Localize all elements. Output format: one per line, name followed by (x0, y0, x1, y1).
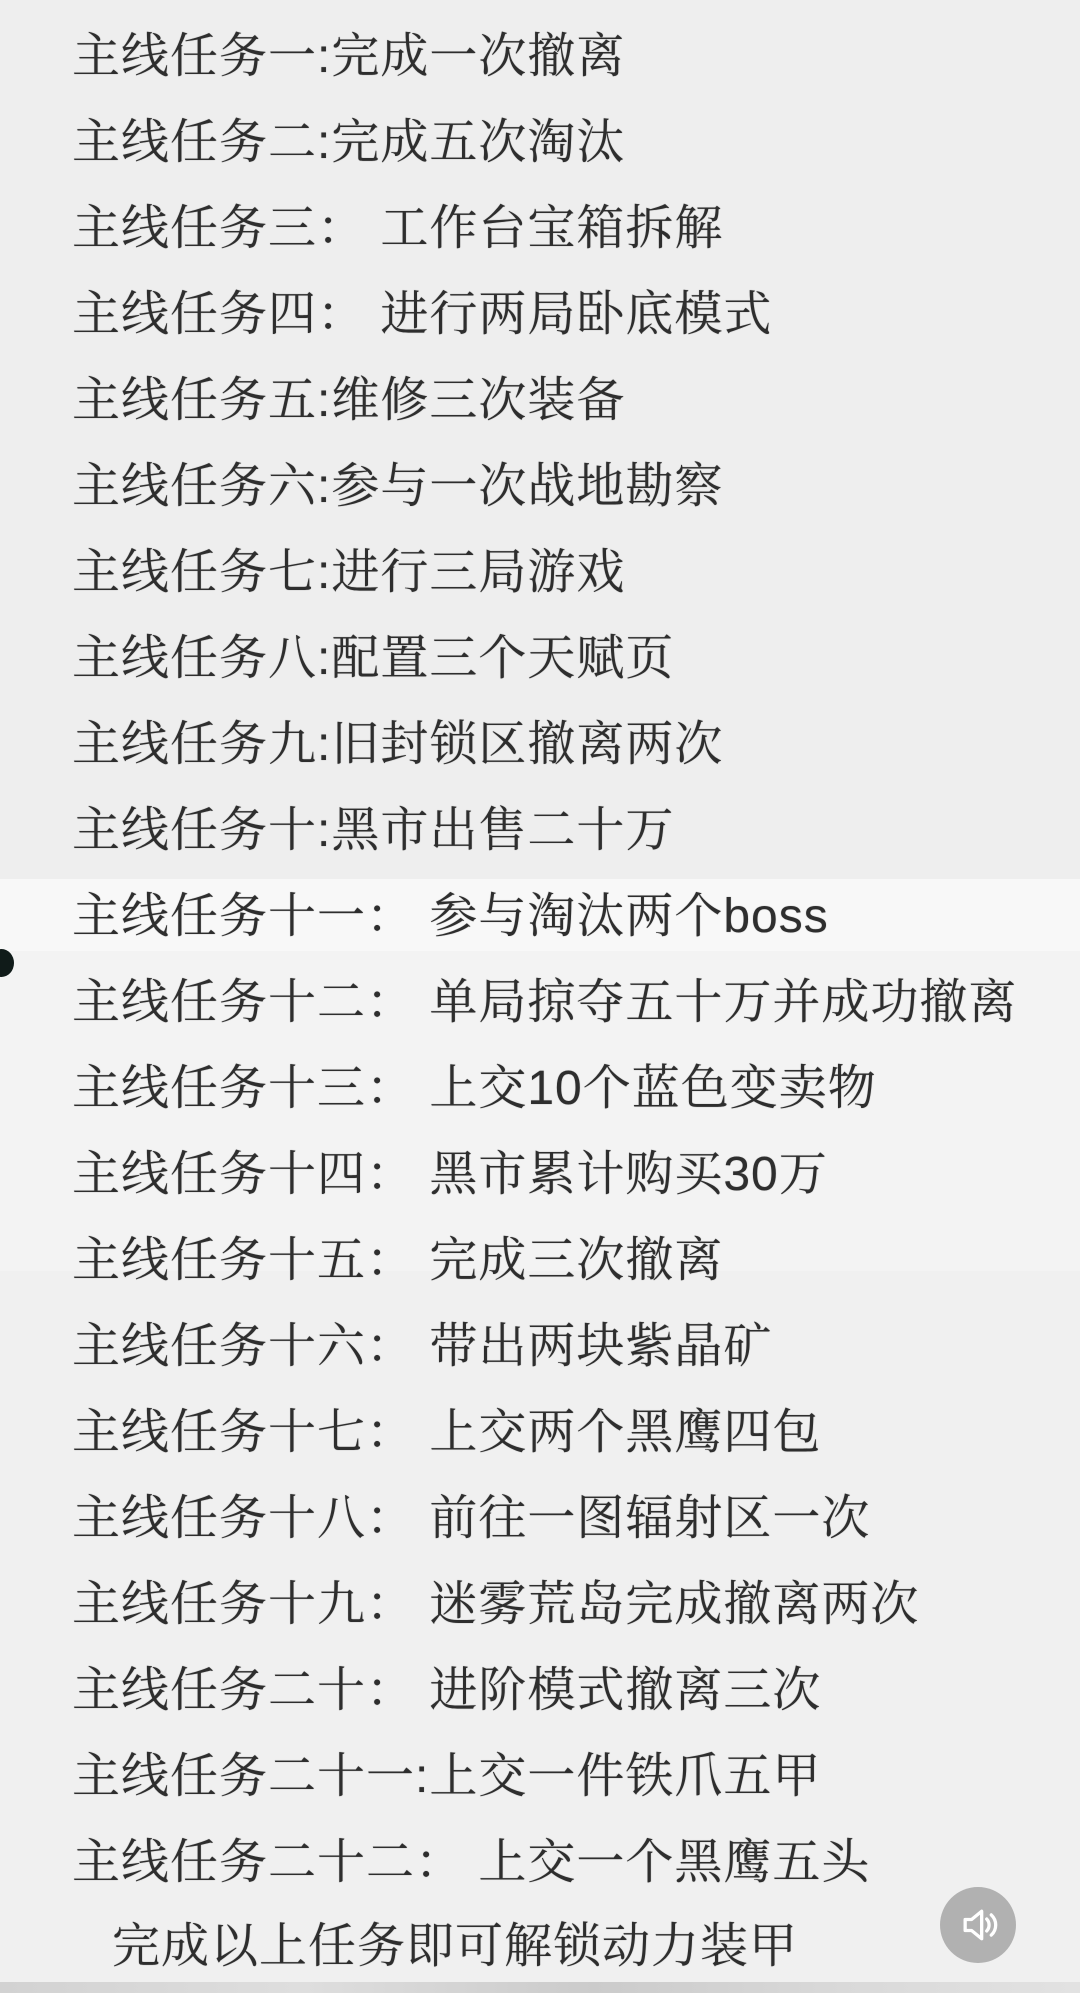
bottom-edge-strip (0, 1982, 1080, 1993)
task-row: 主线任务十五： 完成三次撤离 (0, 1212, 1080, 1298)
task-row: 主线任务二十一:上交一件铁爪五甲 (0, 1728, 1080, 1814)
task-row: 主线任务一:完成一次撤离 (0, 8, 1080, 94)
task-row: 主线任务二十二： 上交一个黑鹰五头 (0, 1814, 1080, 1900)
speaker-volume-icon (956, 1903, 1000, 1947)
task-row: 主线任务十四： 黑市累计购买30万 (0, 1126, 1080, 1212)
task-row: 主线任务十六： 带出两块紫晶矿 (0, 1298, 1080, 1384)
task-row: 主线任务五:维修三次装备 (0, 352, 1080, 438)
task-list: 主线任务一:完成一次撤离主线任务二:完成五次淘汰主线任务三： 工作台宝箱拆解主线… (0, 8, 1080, 1900)
task-row: 主线任务四： 进行两局卧底模式 (0, 266, 1080, 352)
task-row: 主线任务七:进行三局游戏 (0, 524, 1080, 610)
task-row: 主线任务六:参与一次战地勘察 (0, 438, 1080, 524)
unlock-note: 完成以上任务即可解锁动力装甲 (0, 1898, 1080, 1984)
task-row: 主线任务八:配置三个天赋页 (0, 610, 1080, 696)
task-row: 主线任务十:黑市出售二十万 (0, 782, 1080, 868)
task-row: 主线任务九:旧封锁区撤离两次 (0, 696, 1080, 782)
task-row: 主线任务十二： 单局掠夺五十万并成功撤离 (0, 954, 1080, 1040)
task-row: 主线任务十九： 迷雾荒岛完成撤离两次 (0, 1556, 1080, 1642)
task-row: 主线任务二十： 进阶模式撤离三次 (0, 1642, 1080, 1728)
mute-toggle-button[interactable] (940, 1887, 1016, 1963)
video-frame: 主线任务一:完成一次撤离主线任务二:完成五次淘汰主线任务三： 工作台宝箱拆解主线… (0, 0, 1080, 1993)
task-row: 主线任务十一： 参与淘汰两个boss (0, 868, 1080, 954)
task-row: 主线任务十七： 上交两个黑鹰四包 (0, 1384, 1080, 1470)
task-row: 主线任务三： 工作台宝箱拆解 (0, 180, 1080, 266)
task-row: 主线任务十八： 前往一图辐射区一次 (0, 1470, 1080, 1556)
task-row: 主线任务二:完成五次淘汰 (0, 94, 1080, 180)
task-row: 主线任务十三： 上交10个蓝色变卖物 (0, 1040, 1080, 1126)
